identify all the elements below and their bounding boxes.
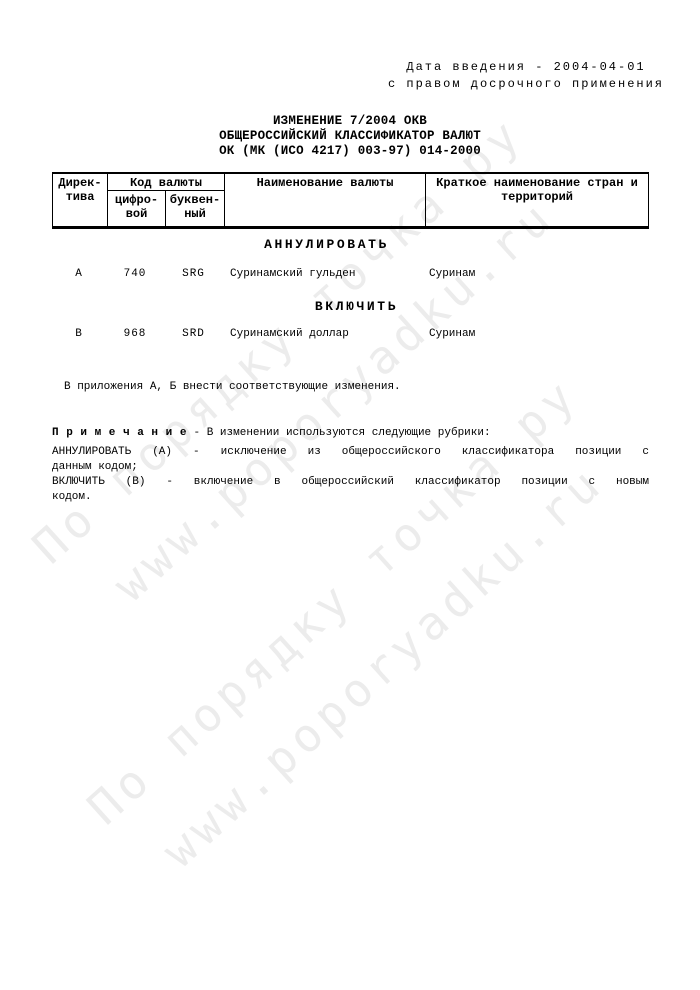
table-header: Дирек-тива Код валюты Наименование валют… [52,172,649,229]
title-code: ОК (МК (ИСО 4217) 003-97) 014-2000 [0,144,700,159]
title-amendment: ИЗМЕНЕНИЕ 7/2004 ОКВ [0,114,700,129]
note-block: П р и м е ч а н и е - В изменении исполь… [52,426,649,505]
currency-table: Дирек-тива Код валюты Наименование валют… [52,172,649,341]
cell-currency-name: Суринамский доллар [223,328,424,341]
cell-numeric-code: 968 [106,328,164,341]
note-intro: - В изменении используются следующие руб… [187,427,491,439]
col-header-numeric-code: цифро-вой [107,191,165,226]
cell-currency-name: Суринамский гульден [223,268,424,281]
document-page: По порядку точка ру www.poporyadku.ru По… [0,0,700,990]
cell-numeric-code: 740 [106,268,164,281]
note-line: данным кодом; [52,460,649,475]
col-header-currency-code: Код валюты [107,174,224,191]
effective-date-block: Дата введения - 2004-04-01 с правом доср… [342,59,700,93]
col-header-countries: Краткое наименование стран и территорий [425,174,648,226]
col-header-alpha-code: буквен-ный [165,191,224,226]
table-row: А 740 SRG Суринамский гульден Суринам [52,268,649,281]
effective-date-note: с правом досрочного применения [342,76,700,93]
note-heading: П р и м е ч а н и е - В изменении исполь… [52,426,649,441]
section-header-annul: АННУЛИРОВАТЬ [28,238,625,251]
table-row: В 968 SRD Суринамский доллар Суринам [52,328,649,341]
note-line: ВКЛЮЧИТЬ (В) - включение в общероссийски… [52,475,649,490]
effective-date-line: Дата введения - 2004-04-01 [342,59,700,76]
col-header-directive: Дирек-тива [53,174,107,226]
note-line: кодом. [52,490,649,505]
cell-countries: Суринам [424,268,649,281]
document-title: ИЗМЕНЕНИЕ 7/2004 ОКВ ОБЩЕРОССИЙСКИЙ КЛАС… [0,114,700,159]
cell-alpha-code: SRG [164,268,223,281]
note-line: АННУЛИРОВАТЬ (А) - исключение из общерос… [52,445,649,460]
section-header-include: ВКЛЮЧИТЬ [58,300,655,313]
appendix-note: В приложения А, Б внести соответствующие… [64,380,401,395]
cell-directive: А [52,268,106,281]
note-label: П р и м е ч а н и е [52,427,187,439]
cell-countries: Суринам [424,328,649,341]
document-content: Дата введения - 2004-04-01 с правом доср… [0,0,700,990]
cell-directive: В [52,328,106,341]
col-header-currency-name: Наименование валюты [224,174,425,226]
cell-alpha-code: SRD [164,328,223,341]
title-classifier: ОБЩЕРОССИЙСКИЙ КЛАССИФИКАТОР ВАЛЮТ [0,129,700,144]
